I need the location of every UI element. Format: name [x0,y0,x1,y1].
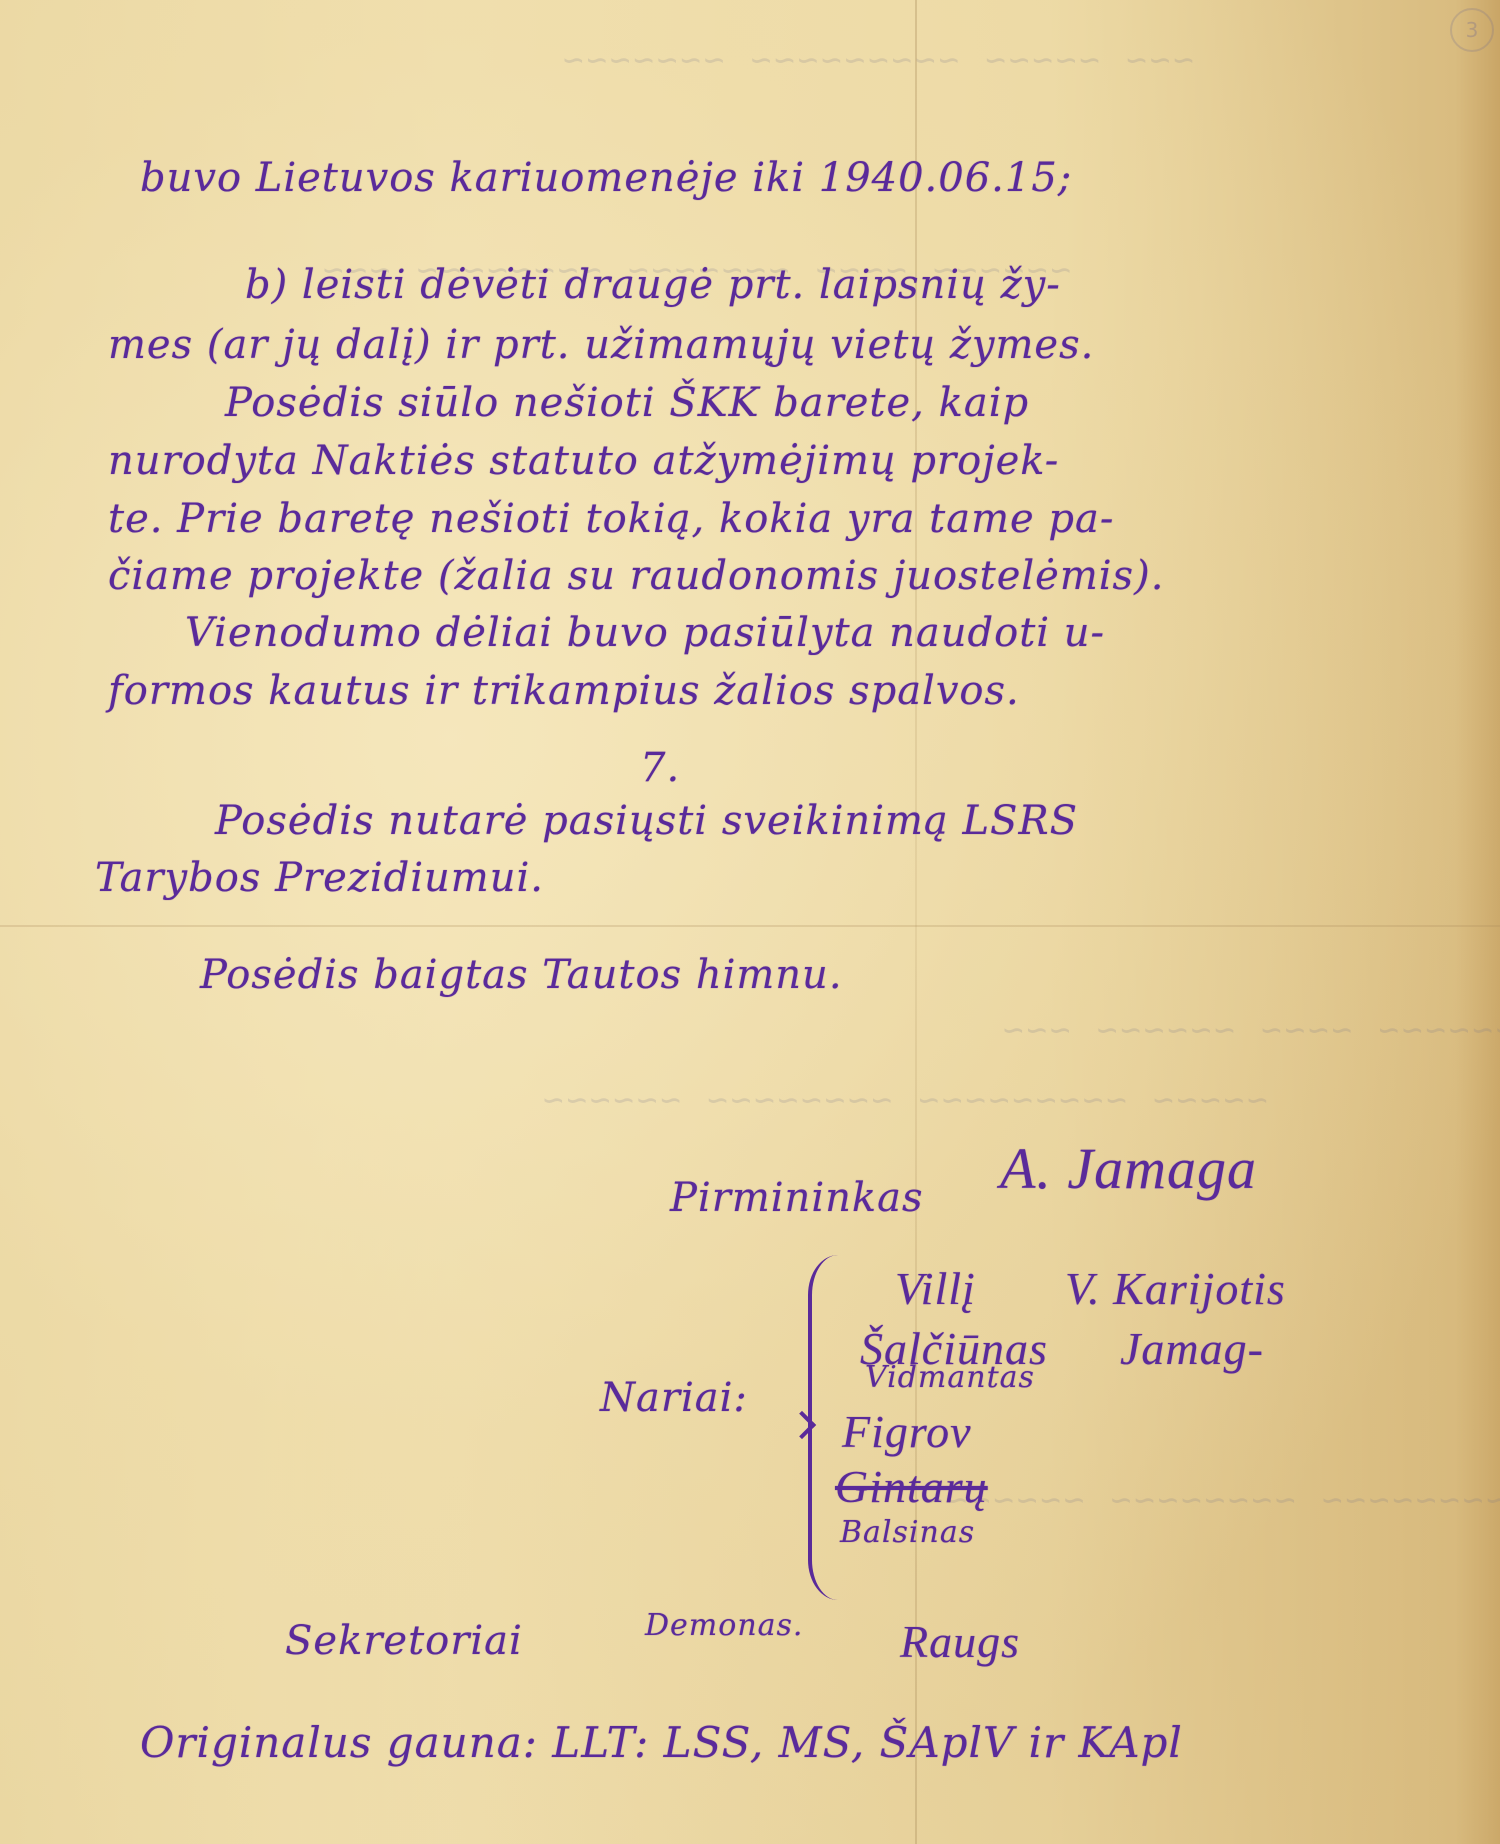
chairman-signature: A. Jamaga [1000,1135,1257,1202]
body-line: te. Prie baretę nešioti tokią, kokia yra… [108,496,1114,542]
member-signature: Vidmantas [865,1360,1035,1395]
body-line: čiame projekte (žalia su raudonomis juos… [108,553,1164,599]
bleed-through-text: ~~~~~~~~ ~~~~~~~~ ~~~~~~~ [920,1480,1500,1520]
closing-line: Posėdis baigtas Tautos himnu. [200,952,843,998]
member-signature: V. Karijotis [1065,1262,1286,1315]
body-line: Posėdis siūlo nešioti ŠKK barete, kaip [225,380,1029,426]
members-brace [808,1255,840,1600]
secretary-signature: Demonas. [645,1608,803,1643]
member-signature: Gintarų [835,1460,988,1513]
body-line: Vienodumo dėliai buvo pasiūlyta naudoti … [185,610,1105,656]
section-number: 7. [640,745,680,791]
body-line: nurodyta Naktiės statuto atžymėjimų proj… [108,438,1059,484]
member-signature: Figrov [842,1405,972,1458]
body-line: formos kautus ir trikampius žalios spalv… [108,668,1020,714]
body-line: b) leisti dėvėti draugė prt. laipsnių žy… [245,262,1061,308]
handwritten-document-page: ~~~ ~~~~~ ~~~~~~~~~ ~~~~~~~ ~~~~~~ ~~~~ … [0,0,1500,1844]
distribution-note: Originalus gauna: LLT: LSS, MS, ŠAplV ir… [140,1718,1183,1767]
member-signature: Jamag- [1120,1322,1264,1375]
members-label: Nariai: [600,1375,748,1421]
resolution-line: Tarybos Prezidiumui. [95,855,544,901]
body-line: mes (ar jų dalį) ir prt. užimamųjų vietų… [108,322,1094,368]
bleed-through-text: ~~~~~~~ ~~~~ ~~~~~~ ~~~ [1000,1010,1500,1050]
horizontal-fold-crease [0,925,1500,927]
secretaries-label: Sekretoriai [285,1618,523,1664]
secretary-signature: Raugs [900,1615,1020,1668]
member-signature: Balsinas [840,1515,975,1550]
bleed-through-text: ~~~ ~~~~~ ~~~~~~~~~ ~~~~~~~ [560,40,1194,80]
body-line: buvo Lietuvos kariuomenėje iki 1940.06.1… [140,155,1072,201]
resolution-line: Posėdis nutarė pasiųsti sveikinimą LSRS [215,798,1078,844]
chairman-label: Pirmininkas [670,1175,923,1221]
bleed-through-text: ~~~~~ ~~~~~~~~~ ~~~~~~~~ ~~~~~~ [540,1080,1268,1120]
member-signature: Villį [895,1262,976,1315]
page-number-mark: 3 [1450,8,1494,52]
